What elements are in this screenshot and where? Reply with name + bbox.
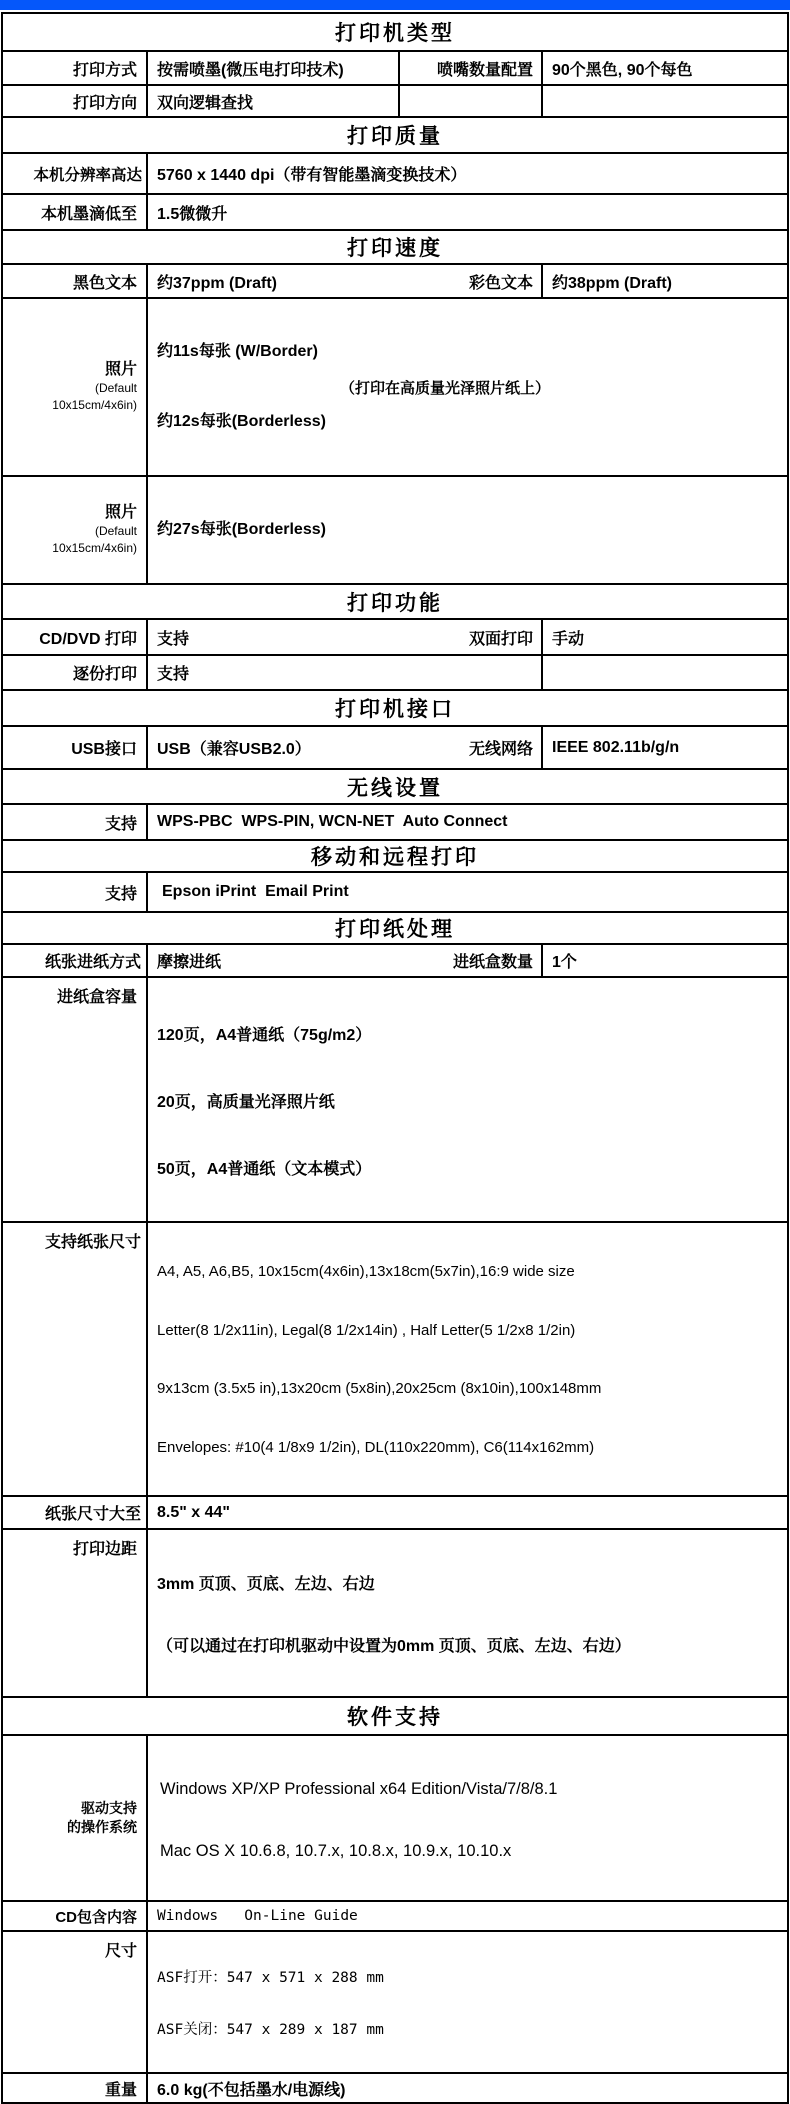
spec-label: 支持 [3,805,148,839]
spec-value: A4, A5, A6,B5, 10x15cm(4x6in),13x18cm(5x… [148,1223,787,1495]
spec-value [543,86,787,116]
spec-label: USB接口 [3,727,148,768]
spec-value: 支持 [148,626,189,649]
top-accent-bar [0,0,790,10]
photo-speed-lines: 约11s每张 (W/Border) 约12s每张(Borderless) [157,299,326,475]
photo-speed-note: （打印在高质量光泽照片纸上） [340,377,550,398]
spec-label: 本机墨滴低至 [3,195,148,229]
spec-label: 尺寸 [3,1932,148,2072]
spec-row-ink-droplet: 本机墨滴低至 1.5微微升 [3,195,787,231]
spec-label: 进纸盒数量 [453,949,541,972]
spec-row-tray-capacity: 进纸盒容量 120页，A4普通纸（75g/m2） 20页，高质量光泽照片纸 50… [3,978,787,1223]
spec-value: 120页，A4普通纸（75g/m2） 20页，高质量光泽照片纸 50页，A4普通… [148,978,787,1221]
spec-value: 6.0 kg(不包括墨水/电源线) [148,2074,787,2102]
spec-row-usb-interface: USB接口 USB（兼容USB2.0） 无线网络 IEEE 802.11b/g/… [3,727,787,770]
spec-mid-cell: USB（兼容USB2.0） 无线网络 [148,727,543,768]
spec-value-line: 50页，A4普通纸（文本模式） [157,1154,787,1185]
section-title: 移动和远程打印 [311,841,479,871]
spec-value: IEEE 802.11b/g/n [543,727,787,768]
section-header-software-support: 软件支持 [3,1698,787,1736]
spec-value: 3mm 页顶、页底、左边、右边 （可以通过在打印机驱动中设置为0mm 页顶、页底… [148,1530,787,1696]
spec-value: 按需喷墨(微压电打印技术) [148,52,400,84]
spec-label: 照片 (Default 10x15cm/4x6in) [3,477,148,583]
section-header-printer-interface: 打印机接口 [3,691,787,727]
spec-value-line: A4, A5, A6,B5, 10x15cm(4x6in),13x18cm(5x… [157,1261,787,1284]
spec-row-resolution: 本机分辨率高达 5760 x 1440 dpi（带有智能墨滴变换技术） [3,154,787,195]
spec-label: 无线网络 [469,736,541,759]
spec-label: 打印边距 [3,1530,148,1696]
spec-label: 本机分辨率高达 [3,154,148,193]
spec-row-cd-contents: CD包含内容 Windows On-Line Guide [3,1902,787,1932]
section-header-print-functions: 打印功能 [3,585,787,620]
spec-label-line: 的操作系统 [67,1818,137,1837]
spec-value: 1.5微微升 [148,195,787,229]
spec-mid-cell: 摩擦进纸 进纸盒数量 [148,945,543,976]
spec-label: 双面打印 [469,626,541,649]
spec-label: 纸张进纸方式 [3,945,148,976]
spec-label: 驱动支持 的操作系统 [3,1736,148,1900]
spec-row-print-margins: 打印边距 3mm 页顶、页底、左边、右边 （可以通过在打印机驱动中设置为0mm … [3,1530,787,1698]
spec-value-line: 3mm 页顶、页底、左边、右边 [157,1572,787,1598]
spec-value: 支持 [148,661,189,684]
spec-label: 喷嘴数量配置 [400,52,543,84]
spec-row-max-paper-size: 纸张尺寸大至 8.5" x 44" [3,1497,787,1530]
section-header-wireless-setup: 无线设置 [3,770,787,805]
spec-value: 5760 x 1440 dpi（带有智能墨滴变换技术） [148,154,787,193]
section-title: 打印机接口 [335,693,455,723]
spec-label: 进纸盒容量 [3,978,148,1221]
section-title: 打印纸处理 [335,913,455,943]
section-header-paper-handling: 打印纸处理 [3,913,787,945]
section-header-mobile-remote-print: 移动和远程打印 [3,841,787,873]
spec-value: 手动 [543,620,787,654]
spec-row-weight: 重量 6.0 kg(不包括墨水/电源线) [3,2074,787,2102]
spec-value-line: Windows XP/XP Professional x64 Edition/V… [160,1776,787,1802]
spec-mid-cell: 支持 [148,656,543,689]
spec-value: 8.5" x 44" [148,1497,787,1528]
spec-value: 双向逻辑查找 [148,86,400,116]
spec-value: Epson iPrint Email Print [148,873,787,911]
section-title: 打印机类型 [335,17,455,47]
spec-value-line: 120页，A4普通纸（75g/m2） [157,1020,787,1051]
spec-value: 摩擦进纸 [148,949,221,972]
spec-row-collate-print: 逐份打印 支持 [3,656,787,691]
photo-speed-line: 约12s每张(Borderless) [157,405,326,439]
spec-label: 黑色文本 [3,265,148,297]
spec-label: 支持纸张尺寸 [3,1223,148,1495]
photo-speed-line: 约11s每张 (W/Border) [157,335,326,369]
photo-label-sub: (Default [95,380,137,397]
spec-row-photo-speed-2: 照片 (Default 10x15cm/4x6in) 约27s每张(Border… [3,477,787,585]
spec-value: 约38ppm (Draft) [543,265,787,297]
spec-row-driver-os: 驱动支持 的操作系统 Windows XP/XP Professional x6… [3,1736,787,1902]
photo-label-sub: 10x15cm/4x6in) [52,540,137,557]
printer-spec-table: 打印机类型 打印方式 按需喷墨(微压电打印技术) 喷嘴数量配置 90个黑色, 9… [1,12,789,2104]
spec-row-paper-feed: 纸张进纸方式 摩擦进纸 进纸盒数量 1个 [3,945,787,978]
section-header-printer-type: 打印机类型 [3,14,787,52]
spec-label: 逐份打印 [3,656,148,689]
spec-row-photo-speed-1: 照片 (Default 10x15cm/4x6in) 约11s每张 (W/Bor… [3,299,787,477]
spec-value: 1个 [543,945,787,976]
spec-value [543,656,787,689]
spec-label: CD包含内容 [3,1902,148,1930]
photo-label-main: 照片 [105,503,137,523]
spec-label [400,86,543,116]
spec-value: Windows XP/XP Professional x64 Edition/V… [148,1736,787,1900]
spec-value: 约37ppm (Draft) [148,270,277,293]
photo-speed-lines: 约27s每张(Borderless) [157,477,326,583]
spec-value-line: ASF打开：547 x 571 x 288 mm [157,1968,787,1988]
spec-value: ASF打开：547 x 571 x 288 mm ASF关闭：547 x 289… [148,1932,787,2072]
spec-label: CD/DVD 打印 [3,620,148,654]
spec-label-line: 驱动支持 [81,1799,137,1818]
photo-speed-line: 约27s每张(Borderless) [157,513,326,547]
spec-value: Windows On-Line Guide [148,1902,787,1930]
section-header-print-quality: 打印质量 [3,118,787,154]
spec-row-mobile-support: 支持 Epson iPrint Email Print [3,873,787,913]
spec-row-text-speed: 黑色文本 约37ppm (Draft) 彩色文本 约38ppm (Draft) [3,265,787,299]
spec-label: 照片 (Default 10x15cm/4x6in) [3,299,148,475]
spec-value-line: Letter(8 1/2x11in), Legal(8 1/2x14in) , … [157,1320,787,1343]
spec-label: 支持 [3,873,148,911]
section-title: 打印质量 [347,120,443,150]
section-title: 打印速度 [347,232,443,262]
spec-value-line: Envelopes: #10(4 1/8x9 1/2in), DL(110x22… [157,1437,787,1460]
section-title: 打印功能 [347,587,443,617]
spec-label: 重量 [3,2074,148,2102]
section-header-print-speed: 打印速度 [3,231,787,265]
spec-value-line: ASF关闭：547 x 289 x 187 mm [157,2020,787,2040]
spec-row-print-method: 打印方式 按需喷墨(微压电打印技术) 喷嘴数量配置 90个黑色, 90个每色 [3,52,787,86]
spec-value-line: Mac OS X 10.6.8, 10.7.x, 10.8.x, 10.9.x,… [160,1838,787,1864]
spec-value: WPS-PBC WPS-PIN, WCN-NET Auto Connect [148,805,787,839]
spec-value: 约27s每张(Borderless) [148,477,787,583]
spec-row-wireless-support: 支持 WPS-PBC WPS-PIN, WCN-NET Auto Connect [3,805,787,841]
spec-value: USB（兼容USB2.0） [148,736,311,759]
section-title: 软件支持 [347,1701,443,1731]
spec-label: 彩色文本 [469,270,541,293]
spec-value: 90个黑色, 90个每色 [543,52,787,84]
spec-row-cddvd-print: CD/DVD 打印 支持 双面打印 手动 [3,620,787,656]
spec-label: 打印方向 [3,86,148,116]
spec-value: 约11s每张 (W/Border) 约12s每张(Borderless) （打印… [148,299,787,475]
photo-label-main: 照片 [105,360,137,380]
spec-row-dimensions: 尺寸 ASF打开：547 x 571 x 288 mm ASF关闭：547 x … [3,1932,787,2074]
spec-label: 纸张尺寸大至 [3,1497,148,1528]
spec-value-line: （可以通过在打印机驱动中设置为0mm 页顶、页底、左边、右边） [157,1634,787,1660]
photo-label-sub: (Default [95,523,137,540]
spec-label: 打印方式 [3,52,148,84]
spec-row-print-direction: 打印方向 双向逻辑查找 [3,86,787,118]
spec-value-line: 9x13cm (3.5x5 in),13x20cm (5x8in),20x25c… [157,1378,787,1401]
spec-value-line: 20页，高质量光泽照片纸 [157,1087,787,1118]
spec-mid-cell: 支持 双面打印 [148,620,543,654]
photo-label-sub: 10x15cm/4x6in) [52,397,137,414]
spec-row-paper-sizes: 支持纸张尺寸 A4, A5, A6,B5, 10x15cm(4x6in),13x… [3,1223,787,1497]
spec-mid-cell: 约37ppm (Draft) 彩色文本 [148,265,543,297]
section-title: 无线设置 [347,772,443,802]
